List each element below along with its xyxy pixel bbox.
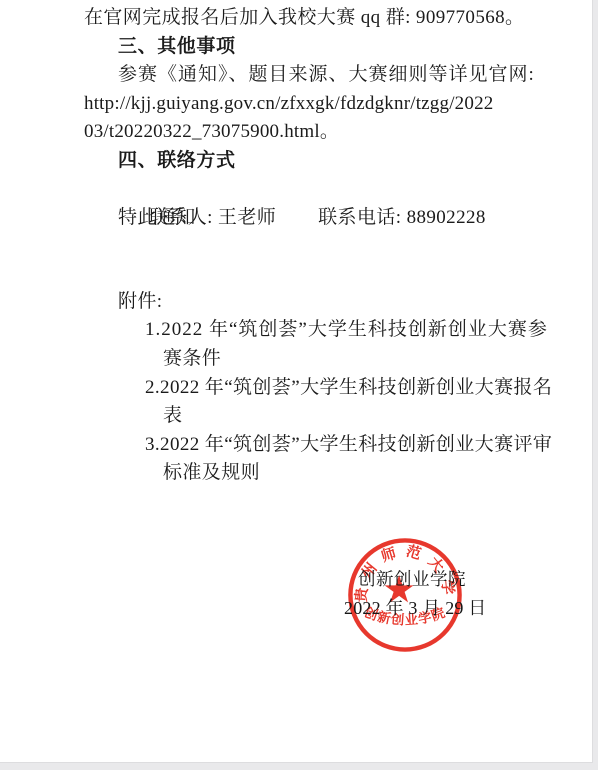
attachment-item-1-line-2: 赛条件 (84, 345, 554, 374)
heading-contact-method: 四、联络方式 (84, 147, 554, 176)
url-line-2: 03/t20220322_73075900.html。 (84, 118, 554, 147)
attachment-label: 附件: (84, 288, 554, 317)
paragraph-official-site: 参赛《通知》、题目来源、大赛细则等详见官网: (84, 61, 554, 90)
document-body: 在官网完成报名后加入我校大赛 qq 群: 909770568。 三、其他事项 参… (84, 4, 554, 488)
document-page: 在官网完成报名后加入我校大赛 qq 群: 909770568。 三、其他事项 参… (0, 0, 593, 763)
signature-org: 创新创业学院 (358, 566, 466, 591)
contact-line: 联系人: 王老师联系电话: 88902228 (84, 176, 554, 205)
attachment-item-2-line-2: 表 (84, 402, 554, 431)
heading-other-matters: 三、其他事项 (84, 33, 554, 62)
signature-date: 2022 年 3 月 29 日 (344, 594, 487, 620)
paragraph-qq-group: 在官网完成报名后加入我校大赛 qq 群: 909770568。 (84, 4, 554, 33)
attachment-item-3-line-2: 标准及规则 (84, 459, 554, 488)
contact-phone: 联系电话: 88902228 (318, 207, 486, 228)
url-line-1: http://kjj.guiyang.gov.cn/zfxxgk/fdzdgkn… (84, 90, 554, 119)
attachment-item-1-line-1: 1.2022 年“筑创荟”大学生科技创新创业大赛参 (84, 316, 554, 345)
attachment-item-3-line-1: 3.2022 年“筑创荟”大学生科技创新创业大赛评审 (84, 431, 554, 460)
attachment-item-2-line-1: 2.2022 年“筑创荟”大学生科技创新创业大赛报名 (84, 374, 554, 403)
blank-space (84, 233, 554, 288)
